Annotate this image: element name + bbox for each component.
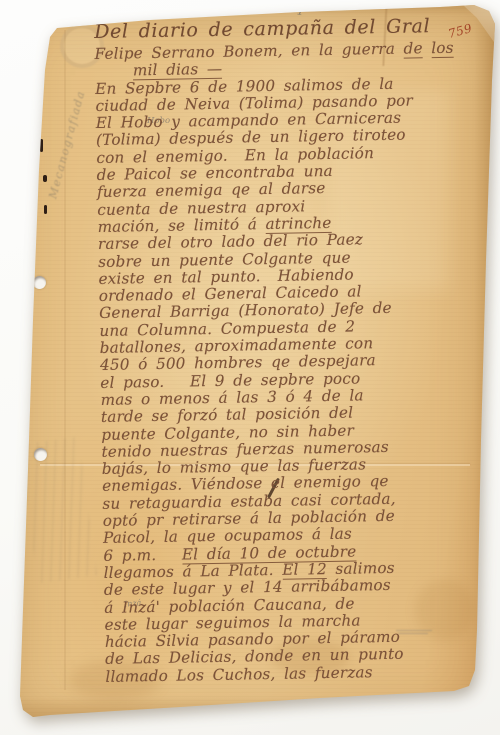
punch-hole — [34, 448, 47, 461]
manuscript-text: Del diario de campaña del GralFelipe Ser… — [94, 14, 465, 686]
punch-hole — [33, 276, 46, 289]
paper-right-shading — [474, 0, 500, 735]
underlined-phrase: de — [403, 39, 422, 58]
manuscript-page: 759 1 Mecanografiada Hobo Inzá Del diari… — [0, 0, 500, 735]
text-segment: Del diario de campaña del Gral — [94, 15, 430, 43]
text-segment: salimos — [327, 559, 395, 578]
binding-ink-mark — [34, 46, 38, 124]
text-segment — [423, 39, 432, 57]
text-segment: 6 p.m. — [103, 545, 182, 564]
scanned-document-view: 759 1 Mecanografiada Hobo Inzá Del diari… — [0, 0, 500, 735]
binding-ink-mark — [43, 175, 47, 182]
binding-ink-mark — [40, 139, 43, 152]
underlined-phrase: los — [431, 39, 454, 58]
aged-paper-sheet: 759 1 Mecanografiada Hobo Inzá Del diari… — [0, 0, 500, 735]
paper-bottom-shading — [0, 697, 500, 719]
